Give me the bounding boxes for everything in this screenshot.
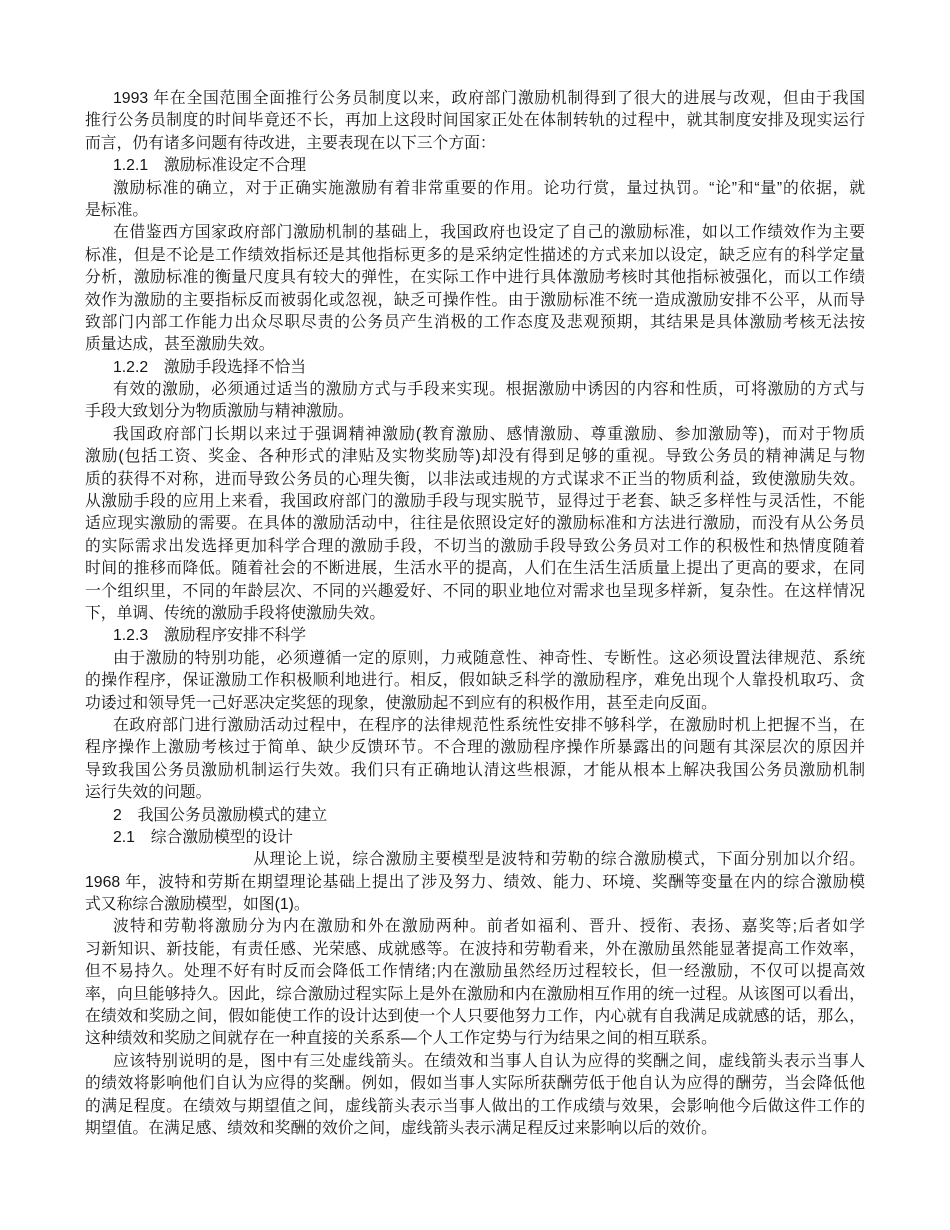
text-line: 应该特别说明的是，图中有三处虚线箭头。在绩效和当事人自认为应得的奖酬之间，虚线箭… — [85, 1051, 865, 1073]
text-line: 功诿过和领导凭一己好恶决定奖惩的现象，使激励起不到应有的积极作用，甚至走向反面。 — [85, 693, 865, 715]
text-line: 激励(包括工资、奖金、各种形式的津贴及实物奖励等)却没有得到足够的重视。导致公务… — [85, 446, 865, 468]
text-line: 在绩效和奖励之间，假如能使工作的设计达到使一个人只要他努力工作，内心就有自我满足… — [85, 1006, 865, 1028]
text-line: 标准，但是不论是工作绩效指标还是其他指标更多的是采纳定性描述的方式来加以设定，缺… — [85, 245, 865, 267]
text-line: 习新知识、新技能，有责任感、光荣感、成就感等。在波持和劳勒看来，外在激励虽然能显… — [85, 939, 865, 961]
text-line: 这种绩效和奖励之间就存在一种直接的关系系—个人工作定势与行为结果之间的相互联系。 — [85, 1028, 865, 1050]
text-line: 时间的推移而降低。随着社会的不断进展，生活水平的提高，人们在生活生活质量上提出了… — [85, 558, 865, 580]
text-line: 有效的激励，必须通过适当的激励方式与手段来实现。根据激励中诱因的内容和性质，可将… — [85, 379, 865, 401]
document-page: 1993 年在全国范围全面推行公务员制度以来，政府部门激励机制得到了很大的进展与… — [0, 0, 950, 1230]
text-line: 是标准。 — [85, 200, 865, 222]
text-line: 率，向旦能够持久。因此，综合激励过程实际上是外在激励和内在激励相互作用的统一过程… — [85, 984, 865, 1006]
text-line: 从理论上说，综合激励主要模型是波特和劳勒的综合激励模式，下面分别加以介绍。 — [85, 849, 865, 871]
text-line: 1.2.3 激励程序安排不科学 — [85, 625, 865, 647]
text-line: 适应现实激励的需要。在具体的激励活动中，往往是依照设定好的激励标准和方法进行激励… — [85, 513, 865, 535]
text-line: 运行失效的问题。 — [85, 782, 865, 804]
text-line: 2.1 综合激励模型的设计 — [85, 827, 865, 849]
document-text-block: 1993 年在全国范围全面推行公务员制度以来，政府部门激励机制得到了很大的进展与… — [85, 88, 865, 1140]
text-line: 下，单调、传统的激励手段将使激励失效。 — [85, 603, 865, 625]
text-line: 由于激励的特别功能，必须遵循一定的原则，力戒随意性、神奇性、专断性。这必须设置法… — [85, 648, 865, 670]
text-line: 致部门内部工作能力出众尽职尽责的公务员产生消极的工作态度及悲观预期，其结果是具体… — [85, 312, 865, 334]
text-line: 程序操作上激励考核过于简单、缺少反馈环节。不合理的激励程序操作所暴露出的问题有其… — [85, 737, 865, 759]
text-line: 期望值。在满足感、绩效和奖酬的效价之间，虚线箭头表示满足程反过来影响以后的效价。 — [85, 1118, 865, 1140]
text-line: 1993 年在全国范围全面推行公务员制度以来，政府部门激励机制得到了很大的进展与… — [85, 88, 865, 110]
text-line: 手段大致划分为物质激励与精神激励。 — [85, 401, 865, 423]
text-line: 波特和劳勒将激励分为内在激励和外在激励两种。前者如福利、晋升、授衔、表扬、嘉奖等… — [85, 916, 865, 938]
text-line: 1.2.1 激励标准设定不合理 — [85, 155, 865, 177]
text-line: 的满足程度。在绩效与期望值之间，虚线箭头表示当事人做出的工作成绩与效果，会影响他… — [85, 1096, 865, 1118]
text-line: 一个组织里，不同的年龄层次、不同的兴趣爱好、不同的职业地位对需求也呈现多样新，复… — [85, 581, 865, 603]
text-line: 质的获得不对称，进而导致公务员的心理失衡，以非法或违规的方式谋求不正当的物质利益… — [85, 469, 865, 491]
text-line: 效作为激励的主要指标反而被弱化或忽视，缺乏可操作性。由于激励标准不统一造成激励安… — [85, 290, 865, 312]
text-line: 推行公务员制度的时间毕竟还不长，再加上这段时间国家正处在体制转轨的过程中，就其制… — [85, 110, 865, 132]
text-line: 2 我国公务员激励模式的建立 — [85, 805, 865, 827]
text-line: 在借鉴西方国家政府部门激励机制的基础上，我国政府也设定了自己的激励标准，如以工作… — [85, 222, 865, 244]
text-line: 的绩效将影响他们自认为应得的奖酬。例如，假如当事人实际所获酬劳低于他自认为应得的… — [85, 1073, 865, 1095]
text-line: 在政府部门进行激励活动过程中，在程序的法律规范性系统性安排不够科学，在激励时机上… — [85, 715, 865, 737]
text-line: 但不易持久。处理不好有时反而会降低工作情绪;内在激励虽然经历过程较长，但一经激励… — [85, 961, 865, 983]
text-line: 质量达成，甚至激励失效。 — [85, 334, 865, 356]
text-line: 导致我国公务员激励机制运行失效。我们只有正确地认清这些根源，才能从根本上解决我国… — [85, 760, 865, 782]
text-line: 1968 年，波特和劳斯在期望理论基础上提出了涉及努力、绩效、能力、环境、奖酬等… — [85, 872, 865, 894]
text-line: 1.2.2 激励手段选择不恰当 — [85, 357, 865, 379]
text-line: 而言，仍有诸多问题有待改进，主要表现在以下三个方面： — [85, 133, 865, 155]
text-line: 的实际需求出发选择更加科学合理的激励手段，不切当的激励手段导致公务员对工作的积极… — [85, 536, 865, 558]
text-line: 分析，激励标准的衡量尺度具有较大的弹性，在实际工作中进行具体激励考核时其他指标被… — [85, 267, 865, 289]
text-line: 式又称综合激励模型，如图(1)。 — [85, 894, 865, 916]
text-line: 激励标准的确立，对于正确实施激励有着非常重要的作用。论功行赏，量过执罚。“论”和… — [85, 178, 865, 200]
text-line: 从激励手段的应用上来看，我国政府部门的激励手段与现实脱节，显得过于老套、缺乏多样… — [85, 491, 865, 513]
text-line: 的操作程序，保证激励工作积极顺利地进行。相反，假如缺乏科学的激励程序，难免出现个… — [85, 670, 865, 692]
text-line: 我国政府部门长期以来过于强调精神激励(教育激励、感情激励、尊重激励、参加激励等)… — [85, 424, 865, 446]
